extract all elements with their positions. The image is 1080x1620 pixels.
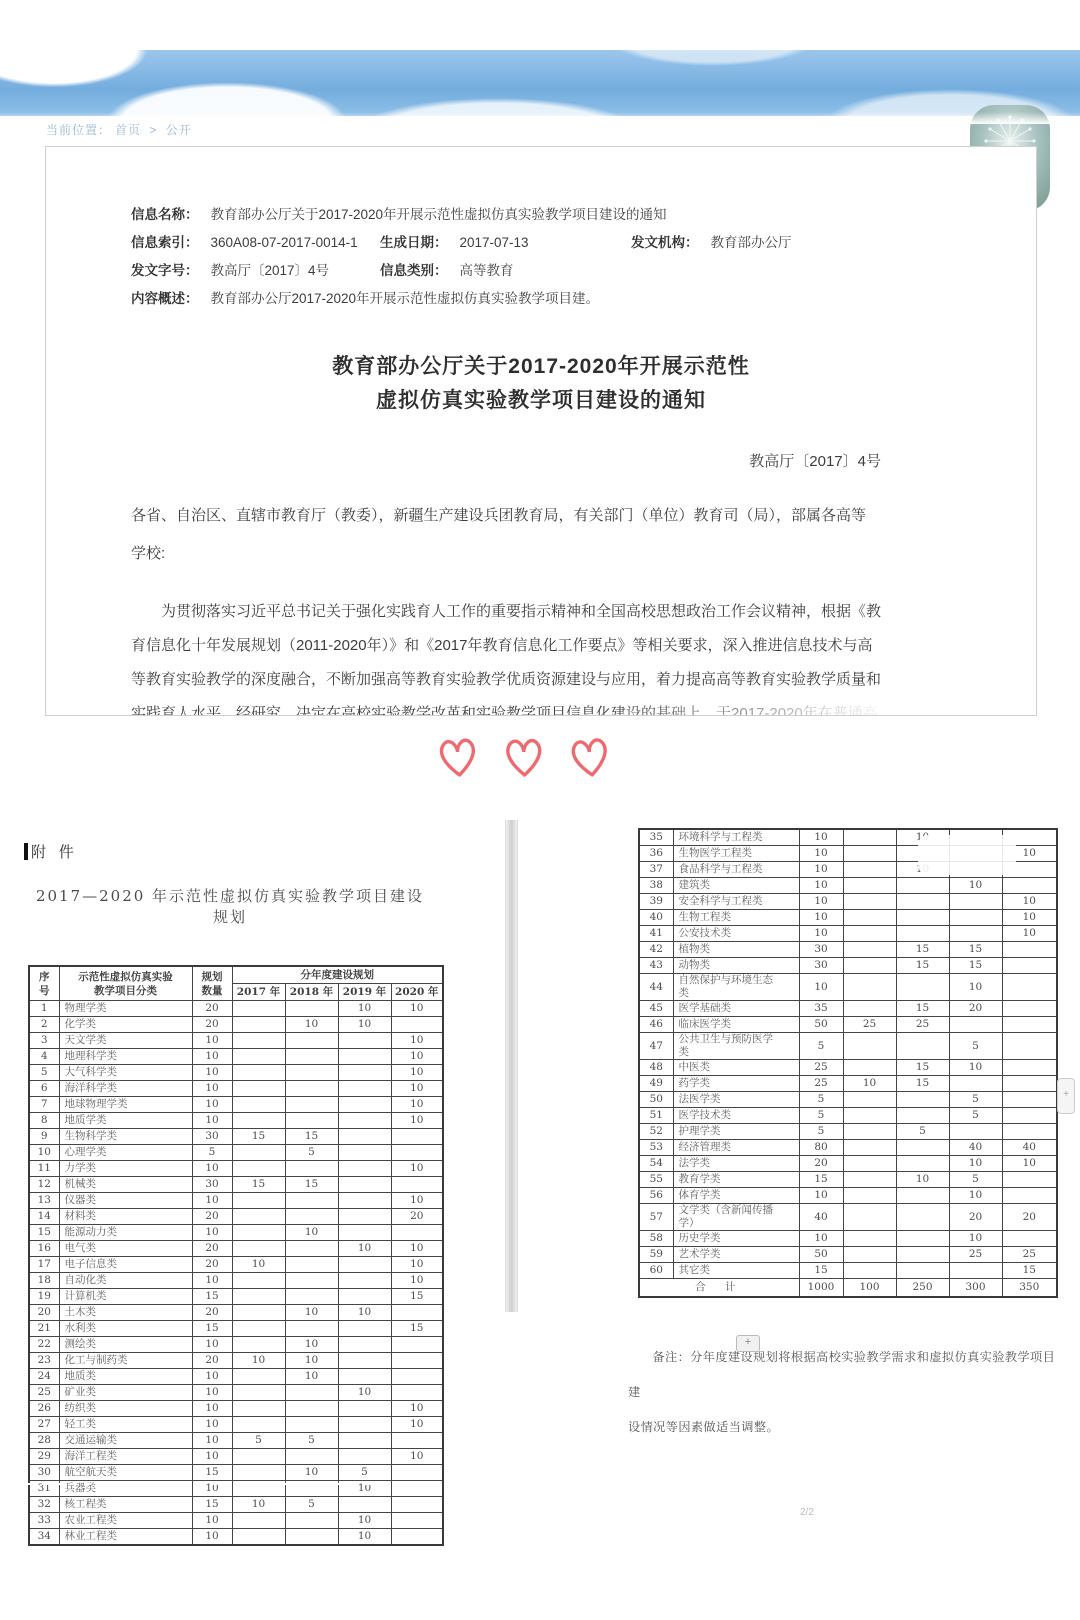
table-cell <box>232 1513 285 1529</box>
table-cell: 10 <box>799 910 843 926</box>
table-cell <box>843 1231 896 1247</box>
table-cell: 15 <box>285 1129 338 1145</box>
plan-table-body: 35环境科学与工程类101036生物医学工程类101037食品科学与工程类101… <box>639 829 1057 1279</box>
table-cell: 10 <box>285 1017 338 1033</box>
table-cell: 10 <box>192 1401 232 1417</box>
table-cell: 36 <box>639 846 673 862</box>
table-cell: 海洋工程类 <box>59 1449 192 1465</box>
scroll-handle-button[interactable]: + <box>1057 1078 1075 1114</box>
table-cell <box>338 1097 391 1113</box>
table-cell: 10 <box>391 1097 443 1113</box>
table-cell: 能源动力类 <box>59 1225 192 1241</box>
table-row: 16电气类201010 <box>29 1241 443 1257</box>
meta-value: 教育部办公厅 <box>711 229 792 257</box>
table-cell: 25 <box>29 1385 59 1401</box>
table-cell: 法学类 <box>673 1156 799 1172</box>
meta-value: 高等教育 <box>460 257 514 285</box>
table-cell <box>285 1513 338 1529</box>
notice-doc-number: 教高厅〔2017〕4号 <box>749 450 881 471</box>
table-cell: 15 <box>949 942 1002 958</box>
table-cell: 55 <box>639 1172 673 1188</box>
table-cell: 15 <box>192 1497 232 1513</box>
table-cell <box>285 1033 338 1049</box>
table-cell <box>338 1161 391 1177</box>
meta-value: 教育部办公厅2017-2020年开展示范性虚拟仿真实验教学项目建。 <box>211 285 600 313</box>
attachment-label: 附 件 <box>24 841 78 862</box>
table-cell: 34 <box>29 1529 59 1546</box>
table-cell: 15 <box>799 1172 843 1188</box>
table-cell <box>1002 1231 1057 1247</box>
table-cell <box>285 1529 338 1546</box>
table-cell: 中医类 <box>673 1060 799 1076</box>
meta-row: 信息索引： 360A08-07-2017-0014-1 生成日期： 2017-0… <box>131 229 1001 257</box>
table-cell <box>843 1263 896 1279</box>
table-row: 57文学类（含新闻传播 学）402020 <box>639 1204 1057 1231</box>
table-cell: 5 <box>799 1092 843 1108</box>
table-cell <box>285 1113 338 1129</box>
table-cell: 25 <box>896 1017 949 1033</box>
header-yearly: 分年度建设规划 <box>232 966 443 984</box>
table-row: 48中医类251510 <box>639 1060 1057 1076</box>
table-cell <box>285 1321 338 1337</box>
table-row: 5大气科学类1010 <box>29 1065 443 1081</box>
table-cell: 20 <box>1002 1204 1057 1231</box>
table-cell <box>391 1529 443 1546</box>
table-cell <box>843 1124 896 1140</box>
plan-table-page1: 序 号 示范性虚拟仿真实验 教学项目分类 规划 数量 分年度建设规划 2017 … <box>28 965 444 1546</box>
table-cell <box>232 1033 285 1049</box>
table-cell: 临床医学类 <box>673 1017 799 1033</box>
table-cell: 50 <box>639 1092 673 1108</box>
table-cell: 19 <box>29 1289 59 1305</box>
table-cell: 15 <box>799 1263 843 1279</box>
table-cell: 28 <box>29 1433 59 1449</box>
table-cell <box>843 1172 896 1188</box>
table-cell <box>896 878 949 894</box>
table-cell <box>285 1385 338 1401</box>
table-cell: 12 <box>29 1177 59 1193</box>
table-row: 45医学基础类351520 <box>639 1001 1057 1017</box>
table-cell: 5 <box>285 1433 338 1449</box>
table-cell <box>391 1369 443 1385</box>
table-cell: 10 <box>391 1065 443 1081</box>
table-cell <box>285 1417 338 1433</box>
table-cell: 20 <box>192 1353 232 1369</box>
table-cell <box>949 1263 1002 1279</box>
breadcrumb-current-link[interactable]: 公开 <box>166 123 192 137</box>
document-panel: 信息名称： 教育部办公厅关于2017-2020年开展示范性虚拟仿真实验教学项目建… <box>45 146 1037 716</box>
table-row: 1物理学类201010 <box>29 1001 443 1017</box>
table-row: 34林业工程类1010 <box>29 1529 443 1546</box>
table-cell <box>232 1017 285 1033</box>
table-cell: 林业工程类 <box>59 1529 192 1546</box>
table-cell: 15 <box>1002 1263 1057 1279</box>
table-row: 59艺术学类502525 <box>639 1247 1057 1263</box>
table-cell <box>285 1401 338 1417</box>
table-cell <box>232 1417 285 1433</box>
table-cell: 10 <box>799 846 843 862</box>
table-cell <box>391 1177 443 1193</box>
table-cell <box>338 1065 391 1081</box>
table-cell <box>232 1049 285 1065</box>
table-cell <box>896 1188 949 1204</box>
table-cell <box>1002 1124 1057 1140</box>
header-year-2020: 2020 年 <box>391 984 443 1001</box>
table-cell: 45 <box>639 1001 673 1017</box>
total-row: 合 计 1000 100 250 300 350 <box>639 1279 1057 1298</box>
table-cell <box>285 1081 338 1097</box>
table-cell: 4 <box>29 1049 59 1065</box>
table-cell: 8 <box>29 1113 59 1129</box>
table-cell: 10 <box>192 1193 232 1209</box>
table-row: 38建筑类1010 <box>639 878 1057 894</box>
table-cell <box>338 1225 391 1241</box>
table-cell: 10 <box>799 862 843 878</box>
table-cell: 植物类 <box>673 942 799 958</box>
zoom-plus-button[interactable]: + <box>736 1335 760 1352</box>
table-cell: 电气类 <box>59 1241 192 1257</box>
table-cell: 20 <box>192 1017 232 1033</box>
table-cell: 10 <box>192 1225 232 1241</box>
table-cell: 化学类 <box>59 1017 192 1033</box>
plan-table-total: 合 计 1000 100 250 300 350 <box>639 1279 1057 1298</box>
table-cell <box>391 1225 443 1241</box>
table-cell: 10 <box>949 1231 1002 1247</box>
table-cell: 化工与制药类 <box>59 1353 192 1369</box>
table-cell: 10 <box>232 1497 285 1513</box>
table-cell: 10 <box>338 1529 391 1546</box>
table-cell: 环境科学与工程类 <box>673 829 799 846</box>
table-cell: 10 <box>949 878 1002 894</box>
table-cell <box>232 1081 285 1097</box>
table-row: 53经济管理类804040 <box>639 1140 1057 1156</box>
table-cell: 5 <box>949 1108 1002 1124</box>
table-cell: 航空航天类 <box>59 1465 192 1481</box>
table-cell <box>391 1017 443 1033</box>
table-cell: 10 <box>391 1193 443 1209</box>
attachment-pages: 附 件 2017—2020 年示范性虚拟仿真实验教学项目建设规划 序 号 示范性… <box>0 815 1080 1620</box>
table-cell: 生物医学工程类 <box>673 846 799 862</box>
table-cell: 53 <box>639 1140 673 1156</box>
meta-field-date: 生成日期： 2017-07-13 <box>380 229 631 257</box>
table-cell <box>1002 942 1057 958</box>
table-cell: 14 <box>29 1209 59 1225</box>
table-cell: 40 <box>799 1204 843 1231</box>
text-fade-overlay <box>606 691 1036 715</box>
table-cell <box>232 1369 285 1385</box>
table-row: 14材料类2020 <box>29 1209 443 1225</box>
breadcrumb-separator: > <box>149 123 157 137</box>
table-cell: 80 <box>799 1140 843 1156</box>
table-row: 21水利类1515 <box>29 1321 443 1337</box>
table-cell <box>232 1529 285 1546</box>
table-cell <box>285 1209 338 1225</box>
table-cell: 41 <box>639 926 673 942</box>
table-cell: 10 <box>338 1305 391 1321</box>
table-row: 60其它类1515 <box>639 1263 1057 1279</box>
scan-artifact-line <box>28 1483 442 1485</box>
table-cell: 52 <box>639 1124 673 1140</box>
table-cell: 29 <box>29 1449 59 1465</box>
page-separator <box>505 820 518 1312</box>
table-row: 47公共卫生与预防医学 类55 <box>639 1033 1057 1060</box>
table-cell: 15 <box>192 1289 232 1305</box>
header-year-2018: 2018 年 <box>285 984 338 1001</box>
table-cell <box>843 910 896 926</box>
table-cell: 公共卫生与预防医学 类 <box>673 1033 799 1060</box>
table-cell <box>338 1145 391 1161</box>
table-cell <box>843 829 896 846</box>
table-cell: 10 <box>192 1417 232 1433</box>
table-cell: 15 <box>949 958 1002 974</box>
table-cell: 医学技术类 <box>673 1108 799 1124</box>
table-cell: 10 <box>391 1033 443 1049</box>
table-cell <box>338 1369 391 1385</box>
table-cell: 21 <box>29 1321 59 1337</box>
table-cell: 30 <box>799 958 843 974</box>
table-cell: 艺术学类 <box>673 1247 799 1263</box>
table-cell: 测绘类 <box>59 1337 192 1353</box>
table-cell: 32 <box>29 1497 59 1513</box>
table-cell: 动物类 <box>673 958 799 974</box>
plan-note: 备注：分年度建设规划将根据高校实验教学需求和虚拟仿真实验教学项目建 设情况等因素… <box>628 1340 1056 1445</box>
table-cell: 10 <box>391 1161 443 1177</box>
table-cell: 33 <box>29 1513 59 1529</box>
table-row: 29海洋工程类1010 <box>29 1449 443 1465</box>
table-cell: 1 <box>29 1001 59 1017</box>
table-cell: 10 <box>192 1385 232 1401</box>
table-cell: 5 <box>285 1497 338 1513</box>
table-cell <box>338 1417 391 1433</box>
table-cell: 10 <box>949 1156 1002 1172</box>
table-cell: 50 <box>799 1017 843 1033</box>
total-2020: 350 <box>1002 1279 1057 1298</box>
table-cell <box>285 1161 338 1177</box>
meta-label: 内容概述： <box>131 285 199 313</box>
table-row: 49药学类251015 <box>639 1076 1057 1092</box>
table-cell: 42 <box>639 942 673 958</box>
table-cell <box>232 1401 285 1417</box>
table-row: 26纺织类1010 <box>29 1401 443 1417</box>
table-cell: 10 <box>192 1337 232 1353</box>
table-cell <box>896 1204 949 1231</box>
table-cell: 20 <box>192 1257 232 1273</box>
table-row: 40生物工程类1010 <box>639 910 1057 926</box>
table-cell: 15 <box>29 1225 59 1241</box>
table-cell: 地质学类 <box>59 1113 192 1129</box>
table-cell: 轻工类 <box>59 1417 192 1433</box>
table-cell: 10 <box>338 1241 391 1257</box>
table-cell: 10 <box>799 894 843 910</box>
table-row: 52护理学类55 <box>639 1124 1057 1140</box>
table-cell <box>232 1289 285 1305</box>
page-indicator: 2/2 <box>800 1507 814 1518</box>
table-row: 24地质类1010 <box>29 1369 443 1385</box>
table-row: 9生物科学类301515 <box>29 1129 443 1145</box>
table-cell <box>338 1257 391 1273</box>
table-cell: 51 <box>639 1108 673 1124</box>
table-cell: 23 <box>29 1353 59 1369</box>
table-cell <box>896 1231 949 1247</box>
table-cell: 37 <box>639 862 673 878</box>
table-cell: 25 <box>843 1017 896 1033</box>
table-cell: 10 <box>285 1369 338 1385</box>
table-cell <box>338 1177 391 1193</box>
table-cell <box>896 1108 949 1124</box>
table-cell: 35 <box>639 829 673 846</box>
table-cell: 地球物理学类 <box>59 1097 192 1113</box>
breadcrumb-home-link[interactable]: 首页 <box>115 123 141 137</box>
table-cell: 15 <box>896 1076 949 1092</box>
table-cell <box>338 1081 391 1097</box>
table-cell: 35 <box>799 1001 843 1017</box>
table-cell: 药学类 <box>673 1076 799 1092</box>
table-cell: 15 <box>192 1465 232 1481</box>
table-cell: 力学类 <box>59 1161 192 1177</box>
table-cell <box>338 1033 391 1049</box>
table-cell <box>338 1209 391 1225</box>
table-cell: 10 <box>192 1161 232 1177</box>
table-row: 32核工程类15105 <box>29 1497 443 1513</box>
meta-label: 发文字号： <box>131 257 199 285</box>
table-cell: 49 <box>639 1076 673 1092</box>
table-cell: 大气科学类 <box>59 1065 192 1081</box>
table-cell: 海洋科学类 <box>59 1081 192 1097</box>
table-cell: 13 <box>29 1193 59 1209</box>
table-cell <box>338 1433 391 1449</box>
heart-icon <box>498 732 550 782</box>
table-cell <box>391 1465 443 1481</box>
table-cell <box>338 1337 391 1353</box>
table-cell: 计算机类 <box>59 1289 192 1305</box>
table-cell <box>338 1113 391 1129</box>
text-cursor <box>24 843 28 860</box>
table-row: 33农业工程类1010 <box>29 1513 443 1529</box>
meta-field-summary: 内容概述： 教育部办公厅2017-2020年开展示范性虚拟仿真实验教学项目建。 <box>131 285 599 313</box>
table-cell <box>843 894 896 910</box>
table-cell: 25 <box>1002 1247 1057 1263</box>
table-cell <box>1002 1108 1057 1124</box>
table-cell <box>896 1033 949 1060</box>
table-cell <box>1002 1001 1057 1017</box>
table-cell: 体育学类 <box>673 1188 799 1204</box>
table-cell: 27 <box>29 1417 59 1433</box>
table-cell: 10 <box>391 1273 443 1289</box>
table-cell <box>843 1060 896 1076</box>
table-cell: 24 <box>29 1369 59 1385</box>
table-cell: 5 <box>29 1065 59 1081</box>
table-cell: 57 <box>639 1204 673 1231</box>
table-cell <box>949 926 1002 942</box>
table-cell: 5 <box>949 1033 1002 1060</box>
total-2019: 300 <box>949 1279 1002 1298</box>
table-cell <box>232 1465 285 1481</box>
table-cell <box>338 1193 391 1209</box>
table-cell: 文学类（含新闻传播 学） <box>673 1204 799 1231</box>
table-cell: 10 <box>391 1001 443 1017</box>
table-row: 43动物类301515 <box>639 958 1057 974</box>
heart-icon <box>563 730 618 784</box>
table-row: 51医学技术类55 <box>639 1108 1057 1124</box>
table-cell <box>232 1161 285 1177</box>
table-cell: 5 <box>192 1145 232 1161</box>
header-year-2019: 2019 年 <box>338 984 391 1001</box>
meta-value: 教高厅〔2017〕4号 <box>211 257 330 285</box>
table-cell: 10 <box>232 1353 285 1369</box>
table-cell: 18 <box>29 1273 59 1289</box>
table-cell <box>285 1097 338 1113</box>
table-cell <box>896 974 949 1001</box>
table-cell: 机械类 <box>59 1177 192 1193</box>
table-row: 2化学类201010 <box>29 1017 443 1033</box>
table-cell: 建筑类 <box>673 878 799 894</box>
table-cell: 10 <box>1002 1156 1057 1172</box>
table-cell <box>843 926 896 942</box>
breadcrumb: 当前位置：首页 > 公开 <box>46 121 196 138</box>
table-cell: 天文学类 <box>59 1033 192 1049</box>
page: 当前位置：首页 > 公开 信息名称： 教育部办公厅关于2017-2020年开展示… <box>0 0 1080 1620</box>
table-cell <box>843 1247 896 1263</box>
table-cell: 25 <box>949 1247 1002 1263</box>
table-cell: 15 <box>391 1321 443 1337</box>
table-cell: 54 <box>639 1156 673 1172</box>
table-row: 50法医学类55 <box>639 1092 1057 1108</box>
table-cell: 5 <box>285 1145 338 1161</box>
table-cell <box>285 1273 338 1289</box>
table-cell: 15 <box>285 1177 338 1193</box>
table-cell <box>338 1401 391 1417</box>
table-cell <box>232 1209 285 1225</box>
meta-label: 信息名称： <box>131 201 199 229</box>
table-row: 13仪器类1010 <box>29 1193 443 1209</box>
table-cell <box>949 1124 1002 1140</box>
table-cell: 10 <box>391 1449 443 1465</box>
table-cell <box>338 1353 391 1369</box>
table-cell: 土木类 <box>59 1305 192 1321</box>
table-cell: 15 <box>192 1321 232 1337</box>
table-cell <box>391 1385 443 1401</box>
document-meta: 信息名称： 教育部办公厅关于2017-2020年开展示范性虚拟仿真实验教学项目建… <box>131 201 1001 313</box>
table-cell <box>843 942 896 958</box>
table-cell: 30 <box>29 1465 59 1481</box>
table-cell <box>843 1156 896 1172</box>
table-cell <box>232 1385 285 1401</box>
table-cell <box>949 1017 1002 1033</box>
meta-field-docnum: 发文字号： 教高厅〔2017〕4号 <box>131 257 380 285</box>
table-cell: 15 <box>896 1001 949 1017</box>
table-cell: 20 <box>799 1156 843 1172</box>
table-cell <box>232 1145 285 1161</box>
table-cell <box>285 1257 338 1273</box>
table-cell: 15 <box>896 958 949 974</box>
table-cell <box>896 926 949 942</box>
table-cell <box>843 1188 896 1204</box>
plan-table-page2: 35环境科学与工程类101036生物医学工程类101037食品科学与工程类101… <box>638 828 1058 1298</box>
table-row: 27轻工类1010 <box>29 1417 443 1433</box>
table-cell <box>338 1129 391 1145</box>
table-cell: 10 <box>391 1257 443 1273</box>
table-row: 54法学类201010 <box>639 1156 1057 1172</box>
table-cell: 15 <box>232 1129 285 1145</box>
table-cell: 20 <box>949 1001 1002 1017</box>
table-cell: 10 <box>192 1033 232 1049</box>
table-cell: 仪器类 <box>59 1193 192 1209</box>
table-cell: 17 <box>29 1257 59 1273</box>
table-cell: 59 <box>639 1247 673 1263</box>
table-cell <box>232 1225 285 1241</box>
table-row: 15能源动力类1010 <box>29 1225 443 1241</box>
meta-label: 信息类别： <box>380 257 448 285</box>
